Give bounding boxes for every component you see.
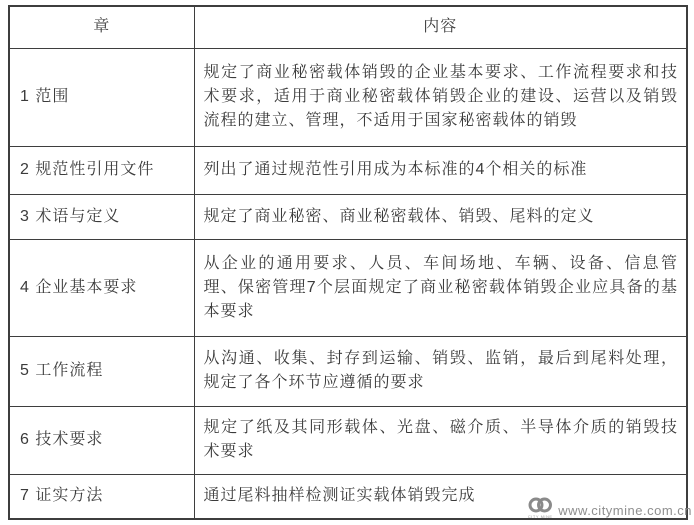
table-row: 6 技术要求 规定了纸及其同形载体、光盘、磁介质、半导体介质的销毁技术要求	[9, 406, 687, 474]
content-cell: 从企业的通用要求、人员、车间场地、车辆、设备、信息管理、保密管理7个层面规定了商…	[194, 239, 687, 336]
content-cell: 规定了商业秘密、商业秘密载体、销毁、尾料的定义	[194, 194, 687, 239]
table-header: 章 内容	[9, 6, 687, 48]
column-header-chapter: 章	[9, 6, 194, 48]
chapter-cell: 5 工作流程	[9, 336, 194, 406]
watermark-url: www.citymine.com.cn	[558, 503, 692, 518]
content-cell: 列出了通过规范性引用成为本标准的4个相关的标准	[194, 146, 687, 194]
table-row: 2 规范性引用文件 列出了通过规范性引用成为本标准的4个相关的标准	[9, 146, 687, 194]
citymine-logo-icon: CITY MINE	[528, 496, 552, 522]
column-header-content: 内容	[194, 6, 687, 48]
content-cell: 规定了纸及其同形载体、光盘、磁介质、半导体介质的销毁技术要求	[194, 406, 687, 474]
table-row: 4 企业基本要求 从企业的通用要求、人员、车间场地、车辆、设备、信息管理、保密管…	[9, 239, 687, 336]
chapter-cell: 6 技术要求	[9, 406, 194, 474]
content-cell: 规定了商业秘密载体销毁的企业基本要求、工作流程要求和技术要求，适用于商业秘密载体…	[194, 48, 687, 146]
table-row: 5 工作流程 从沟通、收集、封存到运输、销毁、监销，最后到尾料处理，规定了各个环…	[9, 336, 687, 406]
chapter-cell: 2 规范性引用文件	[9, 146, 194, 194]
chapter-cell: 1 范围	[9, 48, 194, 146]
citymine-logo-caption: CITY MINE	[528, 515, 553, 519]
standard-summary-table: 章 内容 1 范围 规定了商业秘密载体销毁的企业基本要求、工作流程要求和技术要求…	[8, 5, 688, 520]
chapter-cell: 4 企业基本要求	[9, 239, 194, 336]
table-row: 1 范围 规定了商业秘密载体销毁的企业基本要求、工作流程要求和技术要求，适用于商…	[9, 48, 687, 146]
page: 章 内容 1 范围 规定了商业秘密载体销毁的企业基本要求、工作流程要求和技术要求…	[0, 0, 694, 525]
content-cell: 从沟通、收集、封存到运输、销毁、监销，最后到尾料处理，规定了各个环节应遵循的要求	[194, 336, 687, 406]
table-row: 3 术语与定义 规定了商业秘密、商业秘密载体、销毁、尾料的定义	[9, 194, 687, 239]
watermark: CITY MINE www.citymine.com.cn	[528, 496, 692, 522]
header-row: 章 内容	[9, 6, 687, 48]
chapter-cell: 3 术语与定义	[9, 194, 194, 239]
chapter-cell: 7 证实方法	[9, 474, 194, 519]
